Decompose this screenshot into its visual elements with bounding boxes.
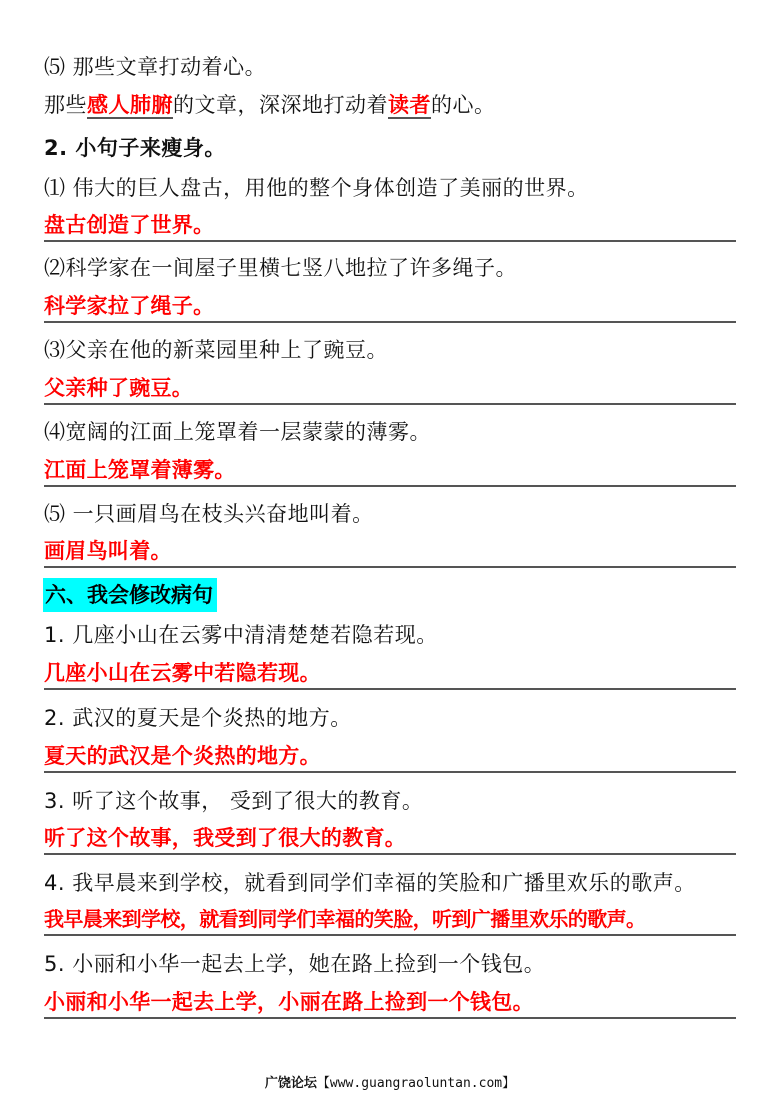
question-part2-item4: ⑷宽阔的江面上笼罩着一层蒙蒙的薄雾。 bbox=[44, 416, 736, 448]
question-part1-item5: ⑸ 那些文章打动着心。 bbox=[44, 51, 736, 83]
answer-text: 的文章，深深地打动着 bbox=[173, 93, 388, 117]
answer-fill-blank: 感人肺腑 bbox=[87, 93, 173, 119]
footer-site-name: 广饶论坛 bbox=[265, 1076, 317, 1091]
answer-part2-item5: 画眉鸟叫着。 bbox=[44, 536, 736, 568]
section-header-fix-sentences: 六、我会修改病句 bbox=[43, 578, 217, 612]
question-section6-item4: 4. 我早晨来到学校，就看到同学们幸福的笑脸和广播里欢乐的歌声。 bbox=[44, 867, 736, 899]
answer-section6-item2: 夏天的武汉是个炎热的地方。 bbox=[44, 741, 736, 773]
question-section6-item2: 2. 武汉的夏天是个炎热的地方。 bbox=[44, 702, 736, 734]
answer-section6-item4: 我早晨来到学校，就看到同学们幸福的笑脸，听到广播里欢乐的歌声。 bbox=[44, 904, 736, 936]
question-section6-item3: 3. 听了这个故事， 受到了很大的教育。 bbox=[44, 785, 736, 817]
answer-text: 那些 bbox=[44, 93, 87, 117]
answer-part2-item3: 父亲种了豌豆。 bbox=[44, 373, 736, 405]
footer-url: 【www.guangraoluntan.com】 bbox=[317, 1076, 515, 1091]
question-part2-item2: ⑵科学家在一间屋子里横七竖八地拉了许多绳子。 bbox=[44, 252, 736, 284]
answer-part1-item5: 那些感人肺腑的文章，深深地打动着读者的心。 bbox=[44, 89, 736, 121]
answer-text: 的心。 bbox=[431, 93, 496, 117]
answer-part2-item2: 科学家拉了绳子。 bbox=[44, 291, 736, 323]
answer-fill-blank: 读者 bbox=[388, 93, 431, 119]
answer-part2-item4: 江面上笼罩着薄雾。 bbox=[44, 455, 736, 487]
answer-section6-item3: 听了这个故事，我受到了很大的教育。 bbox=[44, 823, 736, 855]
question-part2-item5: ⑸ 一只画眉鸟在枝头兴奋地叫着。 bbox=[44, 498, 736, 530]
question-section6-item5: 5. 小丽和小华一起去上学，她在路上捡到一个钱包。 bbox=[44, 948, 736, 980]
question-part2-item3: ⑶父亲在他的新菜园里种上了豌豆。 bbox=[44, 334, 736, 366]
answer-part2-item1: 盘古创造了世界。 bbox=[44, 210, 736, 242]
page-footer: 广饶论坛【www.guangraoluntan.com】 bbox=[0, 1072, 780, 1091]
answer-section6-item5: 小丽和小华一起去上学，小丽在路上捡到一个钱包。 bbox=[44, 987, 736, 1019]
section-title-part2: 2. 小句子来瘦身。 bbox=[44, 132, 736, 164]
answer-section6-item1: 几座小山在云雾中若隐若现。 bbox=[44, 658, 736, 690]
question-part2-item1: ⑴ 伟大的巨人盘古，用他的整个身体创造了美丽的世界。 bbox=[44, 172, 736, 204]
question-section6-item1: 1. 几座小山在云雾中清清楚楚若隐若现。 bbox=[44, 619, 736, 651]
